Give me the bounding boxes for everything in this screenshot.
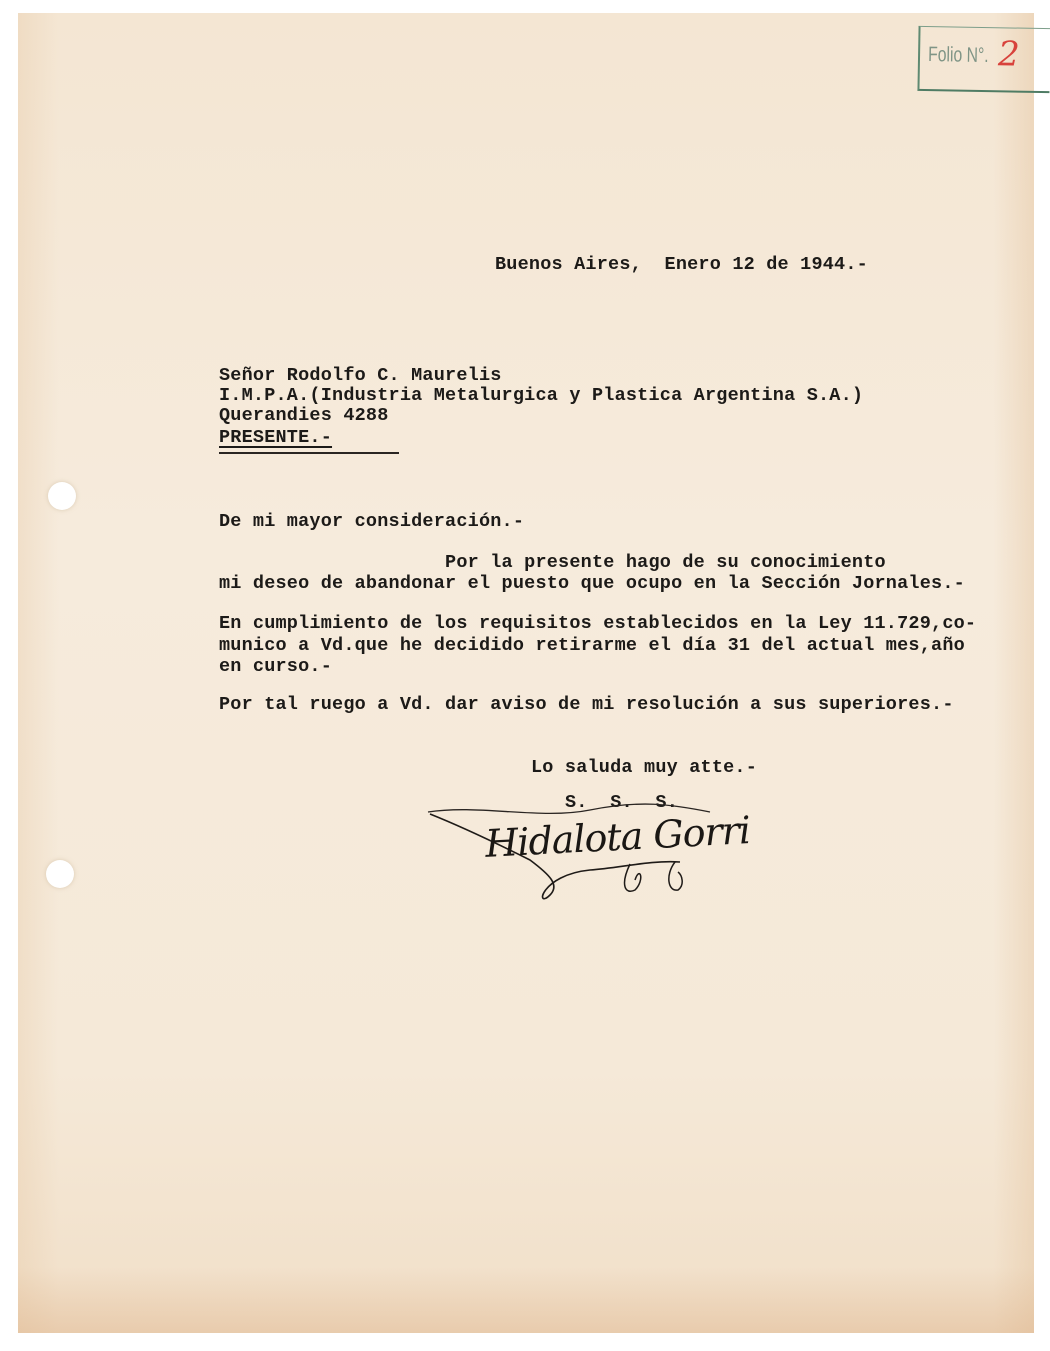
- closing: Lo saluda muy atte.-: [531, 758, 757, 778]
- folio-label: Folio N°.: [928, 43, 989, 68]
- paragraph-line: munico a Vd.que he decidido retirarme el…: [219, 636, 965, 656]
- paper-sheet: [18, 13, 1034, 1333]
- recipient-address: Querandies 4288: [219, 406, 389, 426]
- paragraph-line: En cumplimiento de los requisitos establ…: [219, 614, 976, 634]
- paragraph-line: Por tal ruego a Vd. dar aviso de mi reso…: [219, 695, 954, 715]
- punch-hole-top: [48, 482, 76, 510]
- paragraph-line: Por la presente hago de su conocimiento: [219, 553, 886, 573]
- salutation: De mi mayor consideración.-: [219, 512, 524, 532]
- recipient-name: Señor Rodolfo C. Maurelis: [219, 366, 502, 386]
- paragraph-line: en curso.-: [219, 657, 332, 677]
- paragraph-line: mi deseo de abandonar el puesto que ocup…: [219, 574, 965, 594]
- folio-number: 2: [998, 34, 1020, 74]
- presente-underline: [219, 452, 399, 454]
- recipient-presente: PRESENTE.-: [219, 428, 332, 448]
- recipient-company: I.M.P.A.(Industria Metalurgica y Plastic…: [219, 386, 863, 406]
- punch-hole-bottom: [46, 860, 74, 888]
- folio-stamp: Folio N°. 2: [917, 26, 1050, 93]
- place-date: Buenos Aires, Enero 12 de 1944.-: [495, 255, 868, 275]
